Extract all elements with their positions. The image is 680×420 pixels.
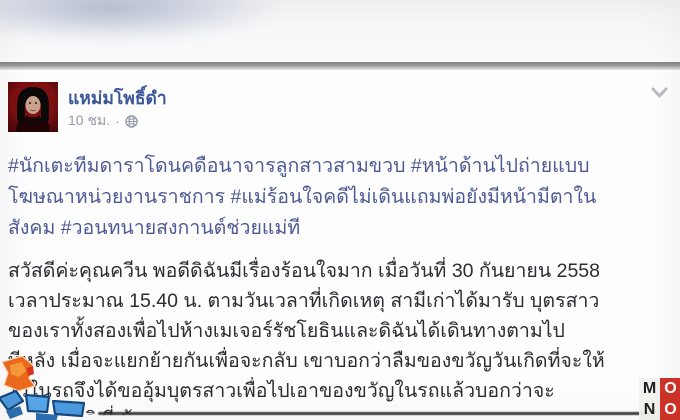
globe-icon [125,115,138,128]
previous-post-edge [0,0,680,63]
post-hashtags: #นักเตะทีมดาราโดนคดือนาจารลูกสาวสามขวบ #… [8,151,676,244]
post-meta[interactable]: 10 ชม. · [68,110,138,132]
feed-divider-bar [0,62,680,70]
body-line: สวัสดีค่ะคุณควีน พอดีดิฉันมีเรื่องร้อนใจ… [8,256,676,286]
tv-capture-facebook-post: แหม่มโพธิ์ดำ 10 ชม. · #นักเตะทีมดาราโดนค… [0,0,680,420]
meta-separator: · [115,113,120,129]
watermark-letter: O [660,399,680,420]
tv-show-logo [0,356,112,420]
body-line: ของเราทั้งสองเพื่อไปห้างเมเจอร์รัชโยธินแ… [8,316,676,346]
hashtag-line[interactable]: #นักเตะทีมดาราโดนคดือนาจารลูกสาวสามขวบ #… [8,151,676,182]
hashtag-line[interactable]: โฆษณาหน่วยงานราชการ #แม่ร้อนใจคดีไม่เดิน… [8,182,676,213]
body-line: เวลาประมาณ 15.40 น. ตามวันเวลาที่เกิดเหต… [8,286,676,316]
post-options-chevron-icon[interactable] [651,86,668,100]
hashtag-line[interactable]: สังคม #วอนทนายสงกานต์ช่วยแม่ที [8,213,676,244]
blurred-content-blob [0,0,275,42]
avatar[interactable] [8,82,58,132]
author-name-link[interactable]: แหม่มโพธิ์ดำ [68,84,167,112]
mono-channel-watermark: M O N O [639,378,680,420]
watermark-letter: O [660,378,680,399]
watermark-letter: M [639,378,660,399]
timestamp[interactable]: 10 ชม. [68,110,110,132]
lower-third-bar-edge [98,412,650,415]
watermark-letter: N [639,399,660,420]
